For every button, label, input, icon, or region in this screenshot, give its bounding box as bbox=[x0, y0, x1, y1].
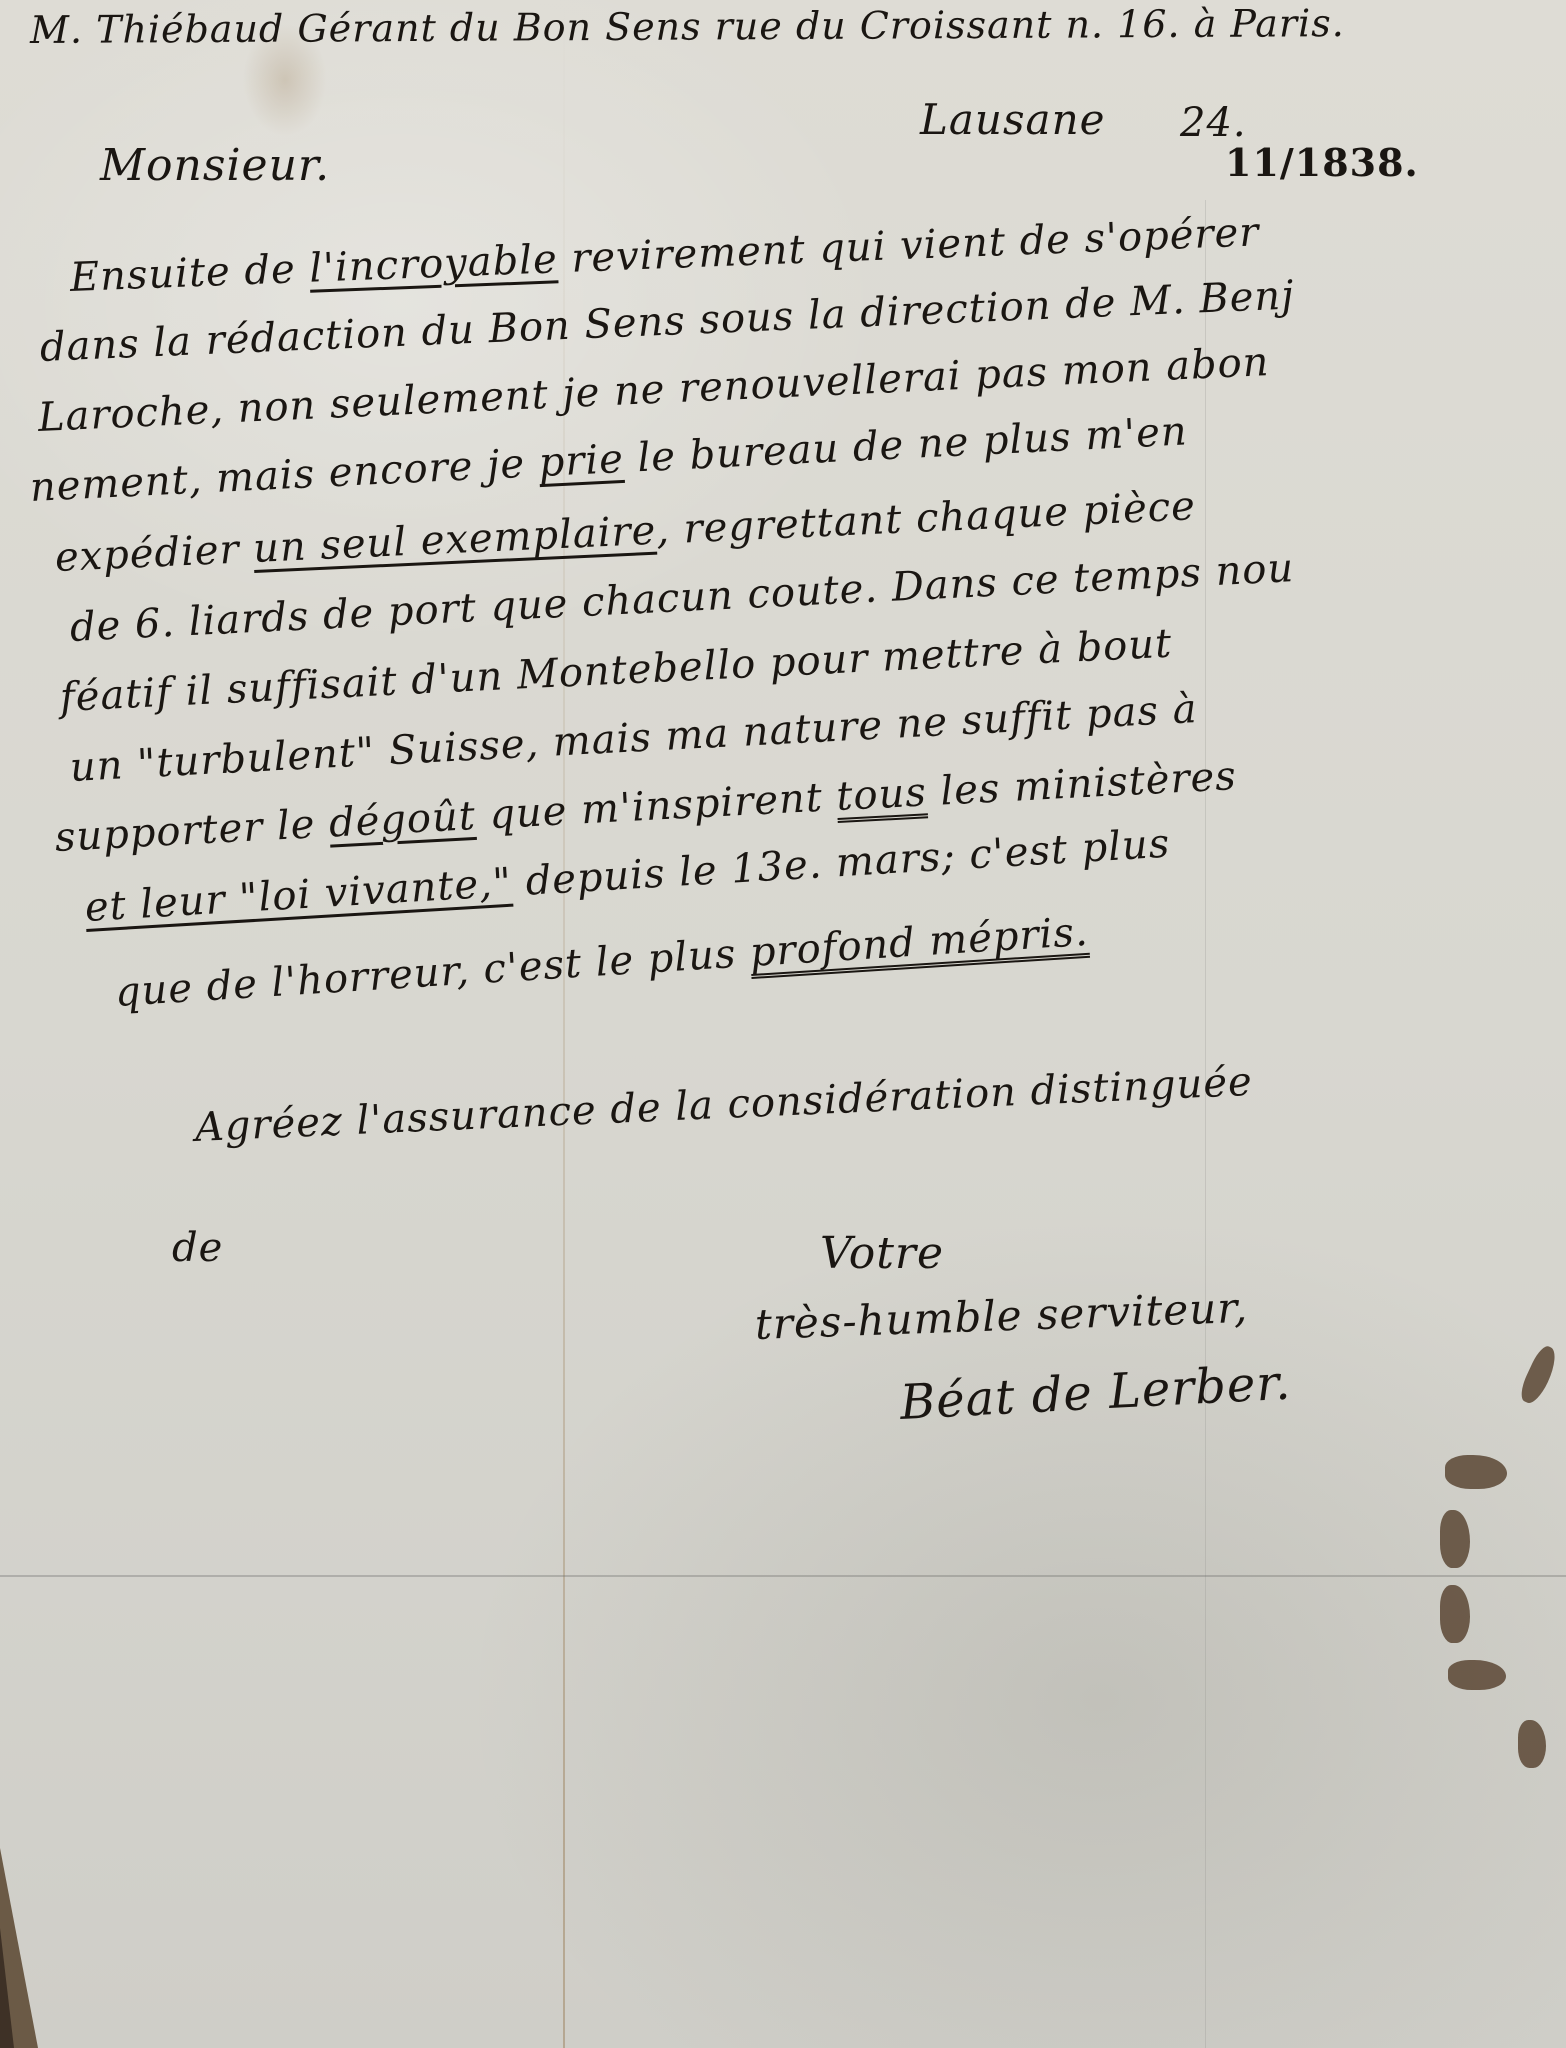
body-text: revirement qui vient de s'opérer bbox=[557, 209, 1260, 282]
signature-servant: très-humble serviteur, bbox=[754, 1283, 1249, 1349]
body-line: que de l'horreur, c'est le plus profond … bbox=[114, 909, 1090, 1016]
ink-stain bbox=[1516, 1343, 1561, 1407]
underlined-text: prie bbox=[538, 436, 625, 486]
body-text: depuis le 13e. mars; c'est plus bbox=[511, 821, 1172, 906]
signature-name: Béat de Lerber. bbox=[899, 1355, 1293, 1431]
underlined-text: tous bbox=[835, 769, 928, 820]
body-text: que de l'horreur, c'est le plus bbox=[114, 930, 752, 1016]
letter-place: Lausane bbox=[920, 95, 1105, 144]
underlined-text: dégoût bbox=[328, 793, 477, 847]
body-text: que m'inspirent bbox=[475, 774, 838, 839]
torn-corner-shadow bbox=[0, 1928, 14, 2048]
underlined-text: l'incroyable bbox=[308, 236, 558, 292]
closing-line: Agréez l'assurance de la considération d… bbox=[194, 1059, 1254, 1151]
signature-votre: Votre bbox=[820, 1228, 944, 1279]
letter-date-month-year: 11/1838. bbox=[1225, 140, 1419, 185]
body-text: les ministères bbox=[926, 753, 1238, 815]
fold-line-horizontal bbox=[0, 1575, 1566, 1577]
body-text: le bureau de ne plus m'en bbox=[623, 408, 1189, 482]
body-text: , regrettant chaque pièce bbox=[655, 483, 1197, 553]
fold-line-vertical-right bbox=[1205, 200, 1206, 2048]
underlined-text: profond mépris. bbox=[748, 909, 1089, 976]
ink-stain bbox=[1448, 1660, 1506, 1690]
salutation: Monsieur. bbox=[100, 140, 330, 191]
underlined-text: un seul exemplaire bbox=[252, 508, 657, 572]
body-text: supporter le bbox=[54, 801, 331, 861]
ink-stain bbox=[1445, 1455, 1507, 1489]
underlined-text: et leur "loi vivante," bbox=[84, 860, 514, 931]
body-text: nement, mais encore je bbox=[29, 440, 540, 511]
ink-stain bbox=[1440, 1510, 1470, 1568]
ink-stain bbox=[1440, 1585, 1470, 1643]
body-text: expédier bbox=[54, 526, 254, 581]
letter-page: M. Thiébaud Gérant du Bon Sens rue du Cr… bbox=[0, 0, 1566, 2048]
closing-de: de bbox=[172, 1225, 223, 1271]
address-line: M. Thiébaud Gérant du Bon Sens rue du Cr… bbox=[30, 1, 1345, 52]
body-text: Ensuite de bbox=[69, 246, 310, 301]
ink-stain bbox=[1518, 1720, 1546, 1768]
